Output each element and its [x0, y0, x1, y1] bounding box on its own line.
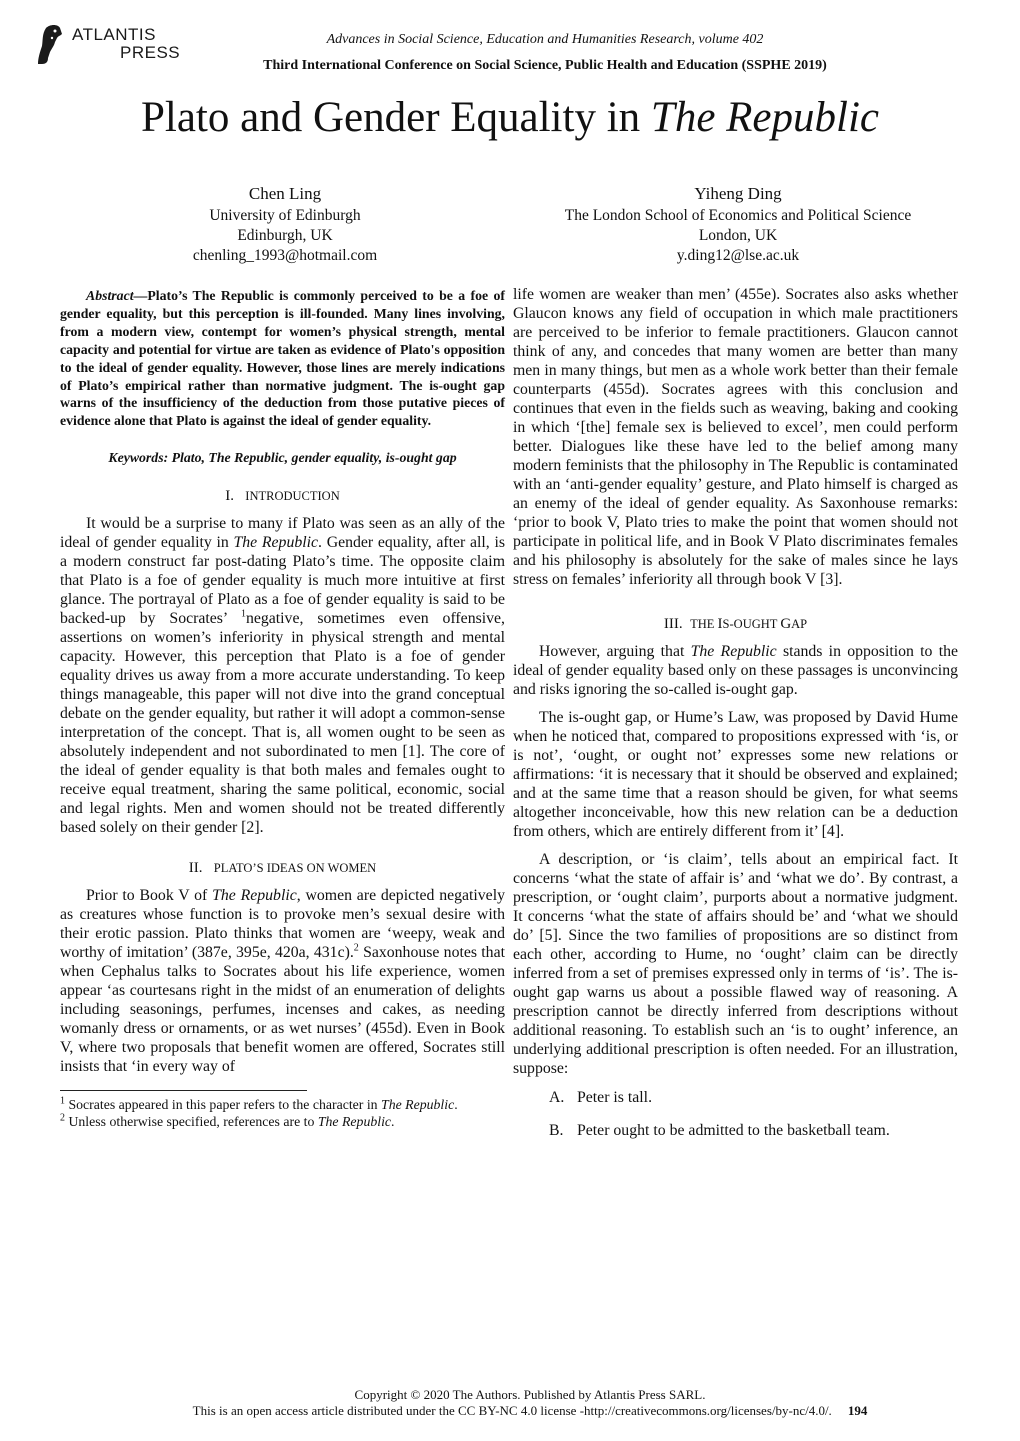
author-location: Edinburgh, UK	[95, 226, 475, 246]
text-run: However, arguing that	[539, 643, 691, 660]
text-italic: The Republic	[318, 1114, 391, 1129]
section-number: III.	[664, 616, 683, 632]
intro-paragraph: It would be a surprise to many if Plato …	[60, 514, 505, 837]
section-title: INTRODUCTION	[245, 489, 339, 503]
left-column: Abstract—Plato’s The Republic is commonl…	[60, 287, 505, 1130]
author-email[interactable]: y.ding12@lse.ac.uk	[518, 246, 958, 266]
text-italic: The Republic	[234, 534, 319, 551]
title-main: Plato and Gender Equality in	[141, 94, 651, 141]
is-ought-paragraph-3: A description, or ‘is claim’, tells abou…	[513, 850, 958, 1078]
section-number: I.	[225, 488, 234, 504]
text-run: .	[391, 1114, 394, 1129]
footnote-2: 2 Unless otherwise specified, references…	[60, 1114, 505, 1131]
copyright-notice: Copyright © 2020 The Authors. Published …	[0, 1387, 1020, 1403]
series-title: Advances in Social Science, Education an…	[0, 32, 1020, 48]
section-title-part: AP	[791, 617, 807, 631]
paper-title: Plato and Gender Equality in The Republi…	[0, 92, 1020, 144]
author-name: Chen Ling	[95, 184, 475, 204]
text-run: Saxonhouse notes that when Cephalus talk…	[60, 944, 505, 1075]
text-run: negative, sometimes even offensive, asse…	[60, 610, 505, 836]
list-text: Peter ought to be admitted to the basket…	[577, 1122, 890, 1139]
abstract-label: Abstract	[86, 288, 134, 303]
list-text: Peter is tall.	[577, 1089, 652, 1106]
section-title: PLATO’S IDEAS ON WOMEN	[214, 861, 376, 875]
footnote-1: 1 Socrates appeared in this paper refers…	[60, 1097, 505, 1114]
is-ought-paragraph-2: The is-ought gap, or Hume’s Law, was pro…	[513, 708, 958, 841]
keywords: Keywords: Plato, The Republic, gender eq…	[60, 448, 505, 467]
author-affiliation: University of Edinburgh	[95, 206, 475, 226]
list-marker: A.	[549, 1088, 577, 1107]
list-item-a: A.Peter is tall.	[513, 1088, 958, 1107]
abstract-dash: —	[134, 288, 148, 303]
conference-title: Third International Conference on Social…	[0, 58, 1020, 74]
section-title-part: G	[780, 616, 791, 632]
section-number: II.	[189, 860, 203, 876]
text-run: Socrates appeared in this paper refers t…	[65, 1097, 381, 1112]
section-title-part: THE	[690, 617, 717, 631]
text-italic: The Republic	[212, 887, 297, 904]
author-block-2: Yiheng Ding The London School of Economi…	[518, 184, 958, 266]
page-number: 194	[848, 1403, 868, 1418]
text-italic: The Republic	[691, 643, 777, 660]
text-run: Unless otherwise specified, references a…	[65, 1114, 318, 1129]
section-heading-introduction: I. INTRODUCTION	[60, 487, 505, 506]
author-affiliation: The London School of Economics and Polit…	[518, 206, 958, 226]
platos-ideas-paragraph: Prior to Book V of The Republic, women a…	[60, 886, 505, 1076]
footnote-divider	[60, 1090, 307, 1091]
list-item-b: B.Peter ought to be admitted to the bask…	[513, 1121, 958, 1140]
text-run: .	[454, 1097, 457, 1112]
section-heading-platos-ideas: II. PLATO’S IDEAS ON WOMEN	[60, 859, 505, 878]
abstract-text: Plato’s The Republic is commonly perceiv…	[60, 288, 505, 428]
author-name: Yiheng Ding	[518, 184, 958, 204]
right-column: life women are weaker than men’ (455e). …	[513, 285, 958, 1140]
is-ought-paragraph-1: However, arguing that The Republic stand…	[513, 642, 958, 699]
author-block-1: Chen Ling University of Edinburgh Edinbu…	[95, 184, 475, 266]
section-heading-is-ought-gap: III. THE IS-OUGHT GAP	[513, 615, 958, 634]
author-email[interactable]: chenling_1993@hotmail.com	[95, 246, 475, 266]
text-run: Prior to Book V of	[86, 887, 212, 904]
license-link[interactable]: This is an open access article distribut…	[193, 1403, 832, 1418]
title-italic: The Republic	[651, 94, 879, 141]
list-marker: B.	[549, 1121, 577, 1140]
text-italic: The Republic	[381, 1097, 454, 1112]
platos-ideas-paragraph-continued: life women are weaker than men’ (455e). …	[513, 285, 958, 589]
section-title-part: S-OUGHT	[723, 617, 781, 631]
license-line: This is an open access article distribut…	[0, 1403, 1020, 1419]
author-location: London, UK	[518, 226, 958, 246]
page-footer: Copyright © 2020 The Authors. Published …	[0, 1387, 1020, 1419]
abstract: Abstract—Plato’s The Republic is commonl…	[60, 287, 505, 430]
